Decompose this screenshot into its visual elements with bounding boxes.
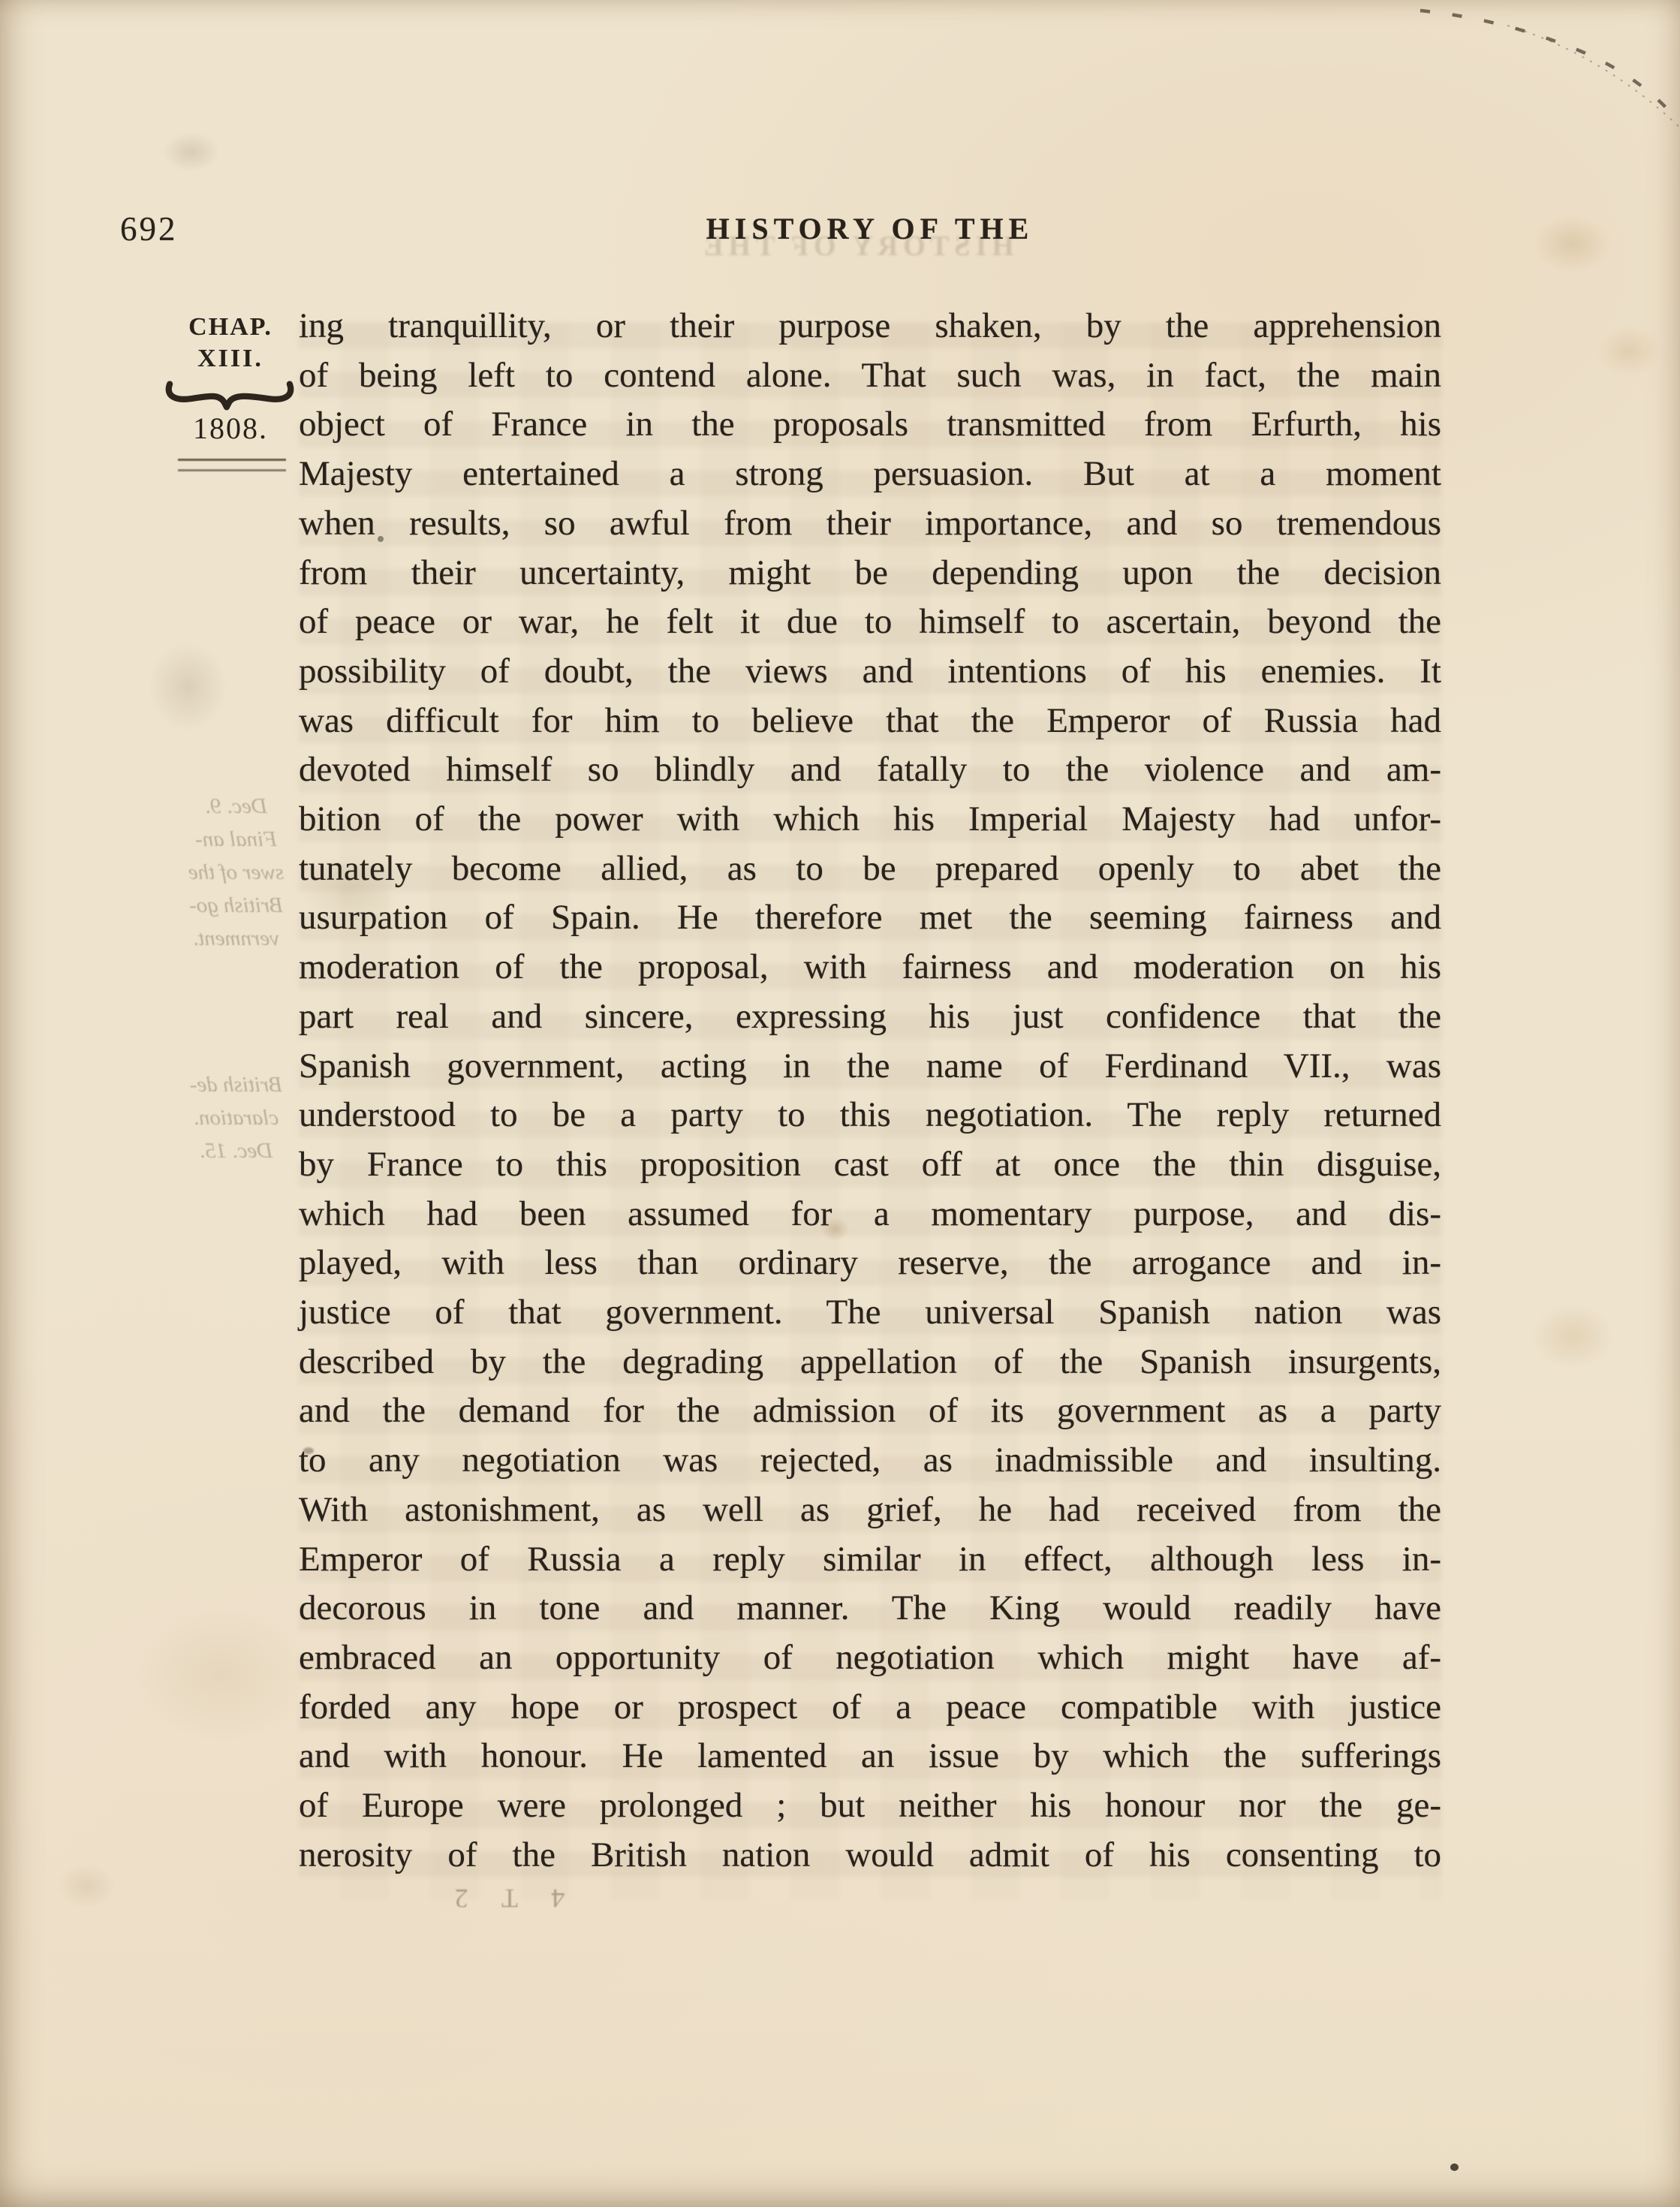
ghost-line: Dec. 15.	[167, 1134, 306, 1167]
body-line: devoted himself so blindly and fatally t…	[299, 745, 1441, 795]
body-line: forded any hope or prospect of a peace c…	[299, 1683, 1441, 1733]
body-line: With astonishment, as well as grief, he …	[299, 1486, 1441, 1535]
bleed-through-signature-mark: 4 T 2	[432, 1883, 574, 1914]
body-line: tunately become allied, as to be prepare…	[299, 845, 1441, 894]
book-page: HISTORY OF THE 692 HISTORY OF THE CHAP. …	[0, 0, 1680, 2207]
ghost-line: Dec. 9.	[167, 790, 306, 823]
paper-stain	[45, 1854, 128, 1918]
paper-stain	[150, 124, 233, 180]
paper-stain	[131, 623, 244, 751]
body-line: Spanish government, acting in the name o…	[299, 1042, 1441, 1091]
bleed-through-note-dec9: Dec. 9. Final an- swer of the British go…	[167, 790, 306, 955]
paper-stain	[1516, 203, 1629, 285]
bleed-through-note-dec15: British de- claration. Dec. 15.	[167, 1068, 306, 1167]
body-line: was difficult for him to believe that th…	[299, 697, 1441, 746]
body-line: object of France in the proposals transm…	[299, 400, 1441, 450]
body-line: bition of the power with which his Imper…	[299, 795, 1441, 845]
body-line: to any negotiation was rejected, as inad…	[299, 1436, 1441, 1486]
body-line: played, with less than ordinary reserve,…	[299, 1239, 1441, 1288]
body-line: and with honour. He lamented an issue by…	[299, 1732, 1441, 1781]
body-line: described by the degrading appellation o…	[299, 1338, 1441, 1387]
chapter-number: XIII.	[167, 345, 294, 373]
body-line: which had been assumed for a momentary p…	[299, 1190, 1441, 1239]
body-line: by France to this proposition cast off a…	[299, 1140, 1441, 1190]
paper-stain	[1584, 315, 1674, 387]
ghost-line: British go-	[167, 889, 306, 922]
page-edge-artifact	[1417, 0, 1680, 131]
ink-speck	[1450, 2163, 1459, 2171]
body-line: ing tranquillity, or their purpose shake…	[299, 302, 1441, 351]
ghost-line: British de-	[167, 1068, 306, 1101]
ghost-line: claration.	[167, 1101, 306, 1134]
ghost-line: vernment.	[167, 922, 306, 955]
paper-stain	[1516, 1291, 1629, 1381]
body-line: from their uncertainty, might be dependi…	[299, 549, 1441, 598]
body-line: of peace or war, he felt it due to himse…	[299, 598, 1441, 647]
year-label: 1808.	[167, 411, 294, 446]
body-line: usurpation of Spain. He therefore met th…	[299, 893, 1441, 943]
body-line: embraced an opportunity of negotiation w…	[299, 1633, 1441, 1683]
body-line: of being left to contend alone. That suc…	[299, 351, 1441, 401]
body-line: justice of that government. The universa…	[299, 1288, 1441, 1338]
body-line: of Europe were prolonged ; but neither h…	[299, 1781, 1441, 1831]
running-header: HISTORY OF THE	[299, 211, 1441, 246]
ghost-line: swer of the	[167, 856, 306, 889]
body-paragraph: ing tranquillity, or their purpose shake…	[299, 302, 1441, 1880]
body-line: part real and sincere, expressing his ju…	[299, 992, 1441, 1042]
year-rule-divider	[178, 459, 286, 471]
ghost-line: Final an-	[167, 823, 306, 856]
body-line: understood to be a party to this negotia…	[299, 1091, 1441, 1140]
body-line: when results, so awful from their import…	[299, 499, 1441, 549]
page-number: 692	[120, 209, 178, 248]
body-line: Majesty entertained a strong persuasion.…	[299, 450, 1441, 499]
chapter-label: CHAP.	[167, 313, 294, 342]
body-line: decorous in tone and manner. The King wo…	[299, 1584, 1441, 1633]
body-line: possibility of doubt, the views and inte…	[299, 647, 1441, 697]
body-line: nerosity of the British nation would adm…	[299, 1831, 1441, 1880]
body-line: and the demand for the admission of its …	[299, 1387, 1441, 1436]
body-line: Emperor of Russia a reply similar in eff…	[299, 1535, 1441, 1585]
body-line: moderation of the proposal, with fairnes…	[299, 943, 1441, 992]
